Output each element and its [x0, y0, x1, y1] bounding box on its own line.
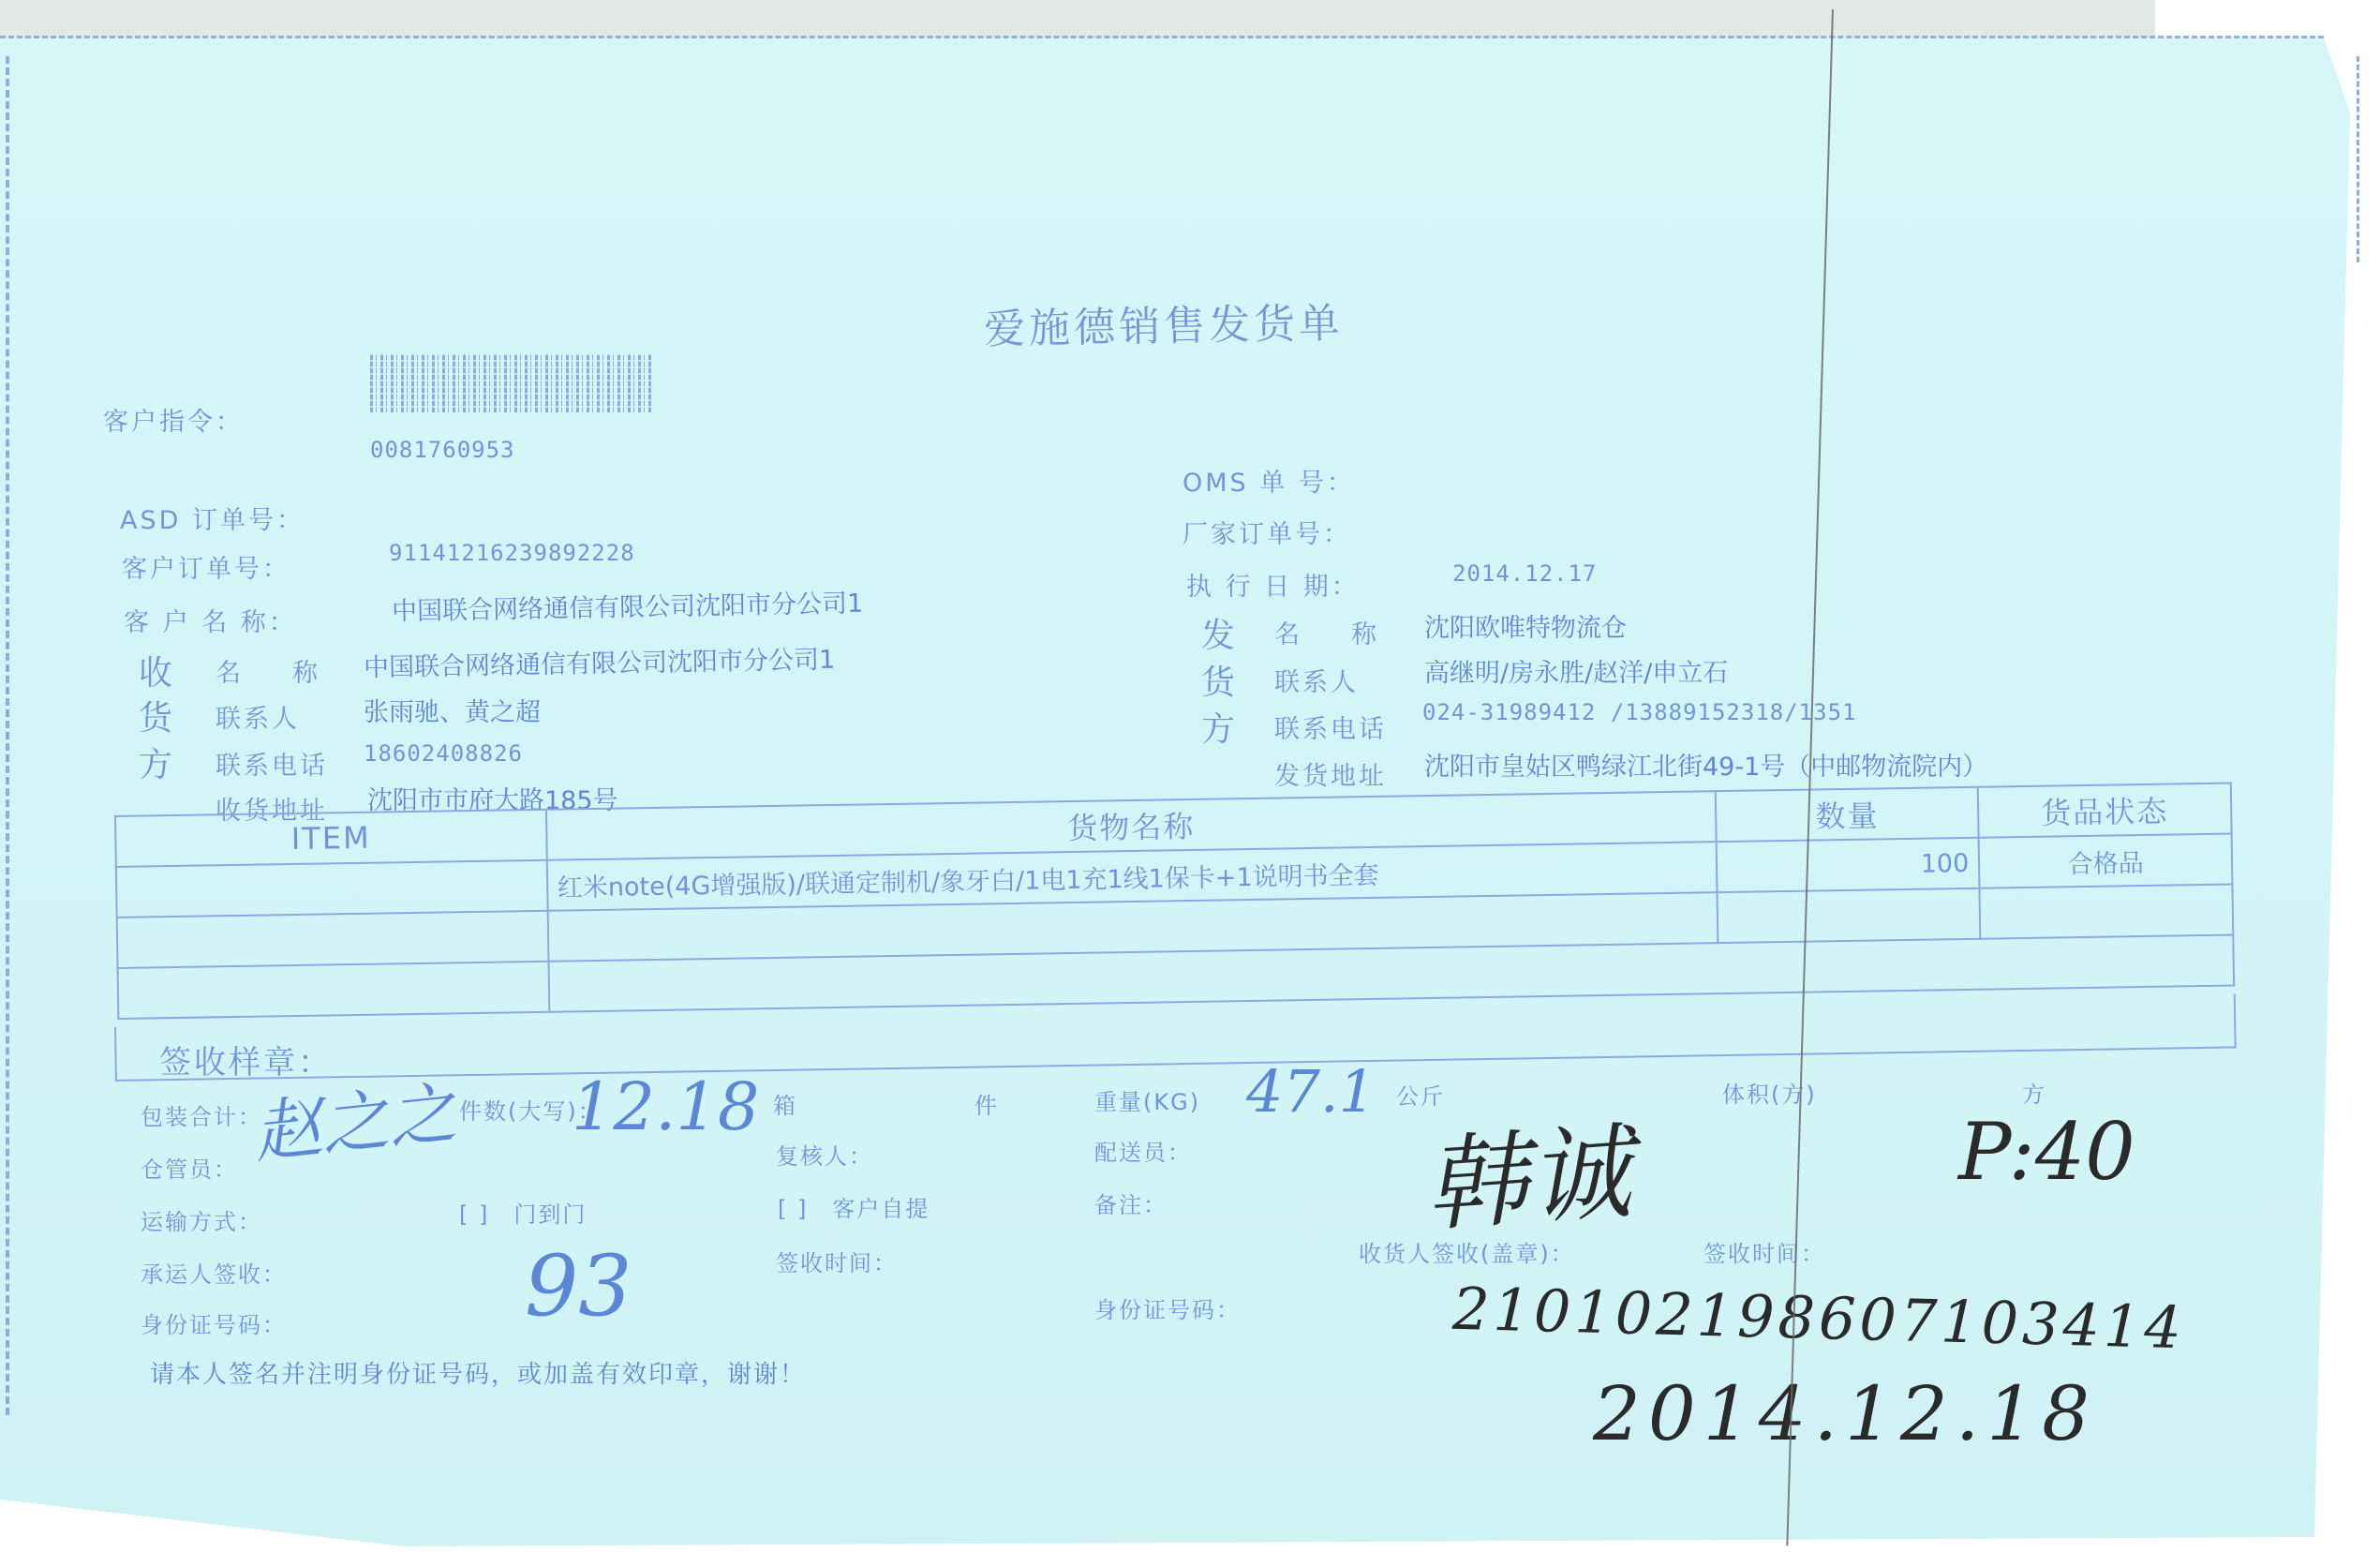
- carrier-id-label: 身份证号码：: [141, 1306, 287, 1339]
- remark-label: 备注：: [1094, 1186, 1168, 1219]
- carrier-sign-label: 承运人签收：: [141, 1256, 287, 1289]
- shipper-side-label-2: 货: [1201, 656, 1235, 704]
- customer-instruction-barcode-number: 0081760953: [370, 437, 515, 463]
- handwritten-receiver-signature: 韩诚: [1420, 1090, 1635, 1252]
- volume-label: 体积(方): [1722, 1076, 1817, 1109]
- header-goods-status: 货品状态: [1978, 783, 2232, 838]
- oms-no-label: OMS 单 号：: [1183, 462, 1355, 499]
- receiver-contact-value: 张雨驰、黄之超: [364, 692, 541, 728]
- header-item: ITEM: [115, 810, 546, 867]
- receiver-id-label: 身份证号码：: [1094, 1291, 1241, 1324]
- shipper-name-value: 沈阳欧唯特物流仓: [1424, 607, 1627, 644]
- reviewer-label: 复核人：: [776, 1138, 873, 1171]
- signature-notice: 请本人签名并注明身份证号码，或加盖有效印章，谢谢！: [150, 1355, 806, 1390]
- handwritten-carrier-signature: 93: [525, 1237, 632, 1336]
- exec-date-value: 2014.12.17: [1452, 560, 1598, 587]
- receiver-side-label-2: 货: [139, 692, 172, 739]
- receiver-side-label-1: 收: [139, 647, 172, 694]
- row-item: [117, 911, 548, 968]
- shipper-name-label: 名 称: [1274, 614, 1390, 650]
- weight-label: 重量(KG): [1094, 1083, 1200, 1116]
- shipper-side-label-3: 方: [1201, 703, 1235, 751]
- deliverer-label: 配送员：: [1094, 1134, 1192, 1167]
- row-goods-status: 合格品: [1979, 834, 2233, 888]
- handwritten-pieces-date: 12.18: [572, 1068, 759, 1145]
- shipper-phone-label: 联系电话: [1274, 709, 1387, 745]
- exec-date-label: 执 行 日 期：: [1186, 566, 1360, 603]
- handwritten-receive-date: 2014.12.18: [1593, 1370, 2097, 1457]
- transport-method-label: 运输方式：: [141, 1203, 262, 1236]
- customer-order-label: 客户订单号：: [122, 548, 290, 585]
- goods-table: ITEM 货物名称 数量 货品状态 红米note(4G增强版)/联通定制机/象牙…: [114, 783, 2235, 1020]
- row-quantity: 100: [1717, 838, 1980, 892]
- shipper-phone-value: 024-31989412 /13889152318/1351: [1422, 699, 1856, 725]
- receiver-contact-label: 联系人: [216, 698, 300, 735]
- handwritten-weight: 47.1: [1246, 1057, 1376, 1126]
- row-item: [116, 860, 547, 918]
- customer-pickup-checkbox[interactable]: [ ] 客户自提: [778, 1190, 930, 1223]
- perforation-left: [6, 56, 9, 1415]
- receiver-name-label: 名 称: [216, 652, 331, 689]
- receiver-sign-time-label: 签收时间：: [1703, 1235, 1825, 1268]
- shipper-address-label: 发货地址: [1274, 755, 1387, 792]
- shipper-contact-label: 联系人: [1274, 662, 1359, 698]
- shipper-address-value: 沈阳市皇姑区鸭绿江北街49-1号（中邮物流院内）: [1424, 746, 1987, 783]
- customer-name-label: 客 户 名 称：: [124, 602, 297, 638]
- door-to-door-checkbox[interactable]: [ ] 门到门: [459, 1196, 587, 1229]
- asd-order-label: ASD 订单号：: [120, 500, 305, 536]
- carrier-sign-time-label: 签收时间：: [776, 1245, 898, 1277]
- warehouse-keeper-label: 仓管员：: [141, 1151, 238, 1184]
- customer-instruction-label: 客户指令：: [103, 401, 244, 438]
- perforation-right: [2357, 56, 2359, 262]
- package-total-label: 包装合计：: [141, 1098, 262, 1131]
- volume-unit: 方: [2022, 1076, 2046, 1109]
- perforation-top: [0, 36, 2324, 38]
- row-goods-status: [1980, 885, 2234, 939]
- piece-label: 件: [974, 1087, 999, 1120]
- row-item: [118, 962, 549, 1019]
- receiver-side-label-3: 方: [139, 739, 172, 786]
- handwritten-p-note: P:40: [1958, 1106, 2135, 1198]
- barcode-image: [370, 354, 651, 412]
- receiver-phone-value: 18602408826: [364, 740, 523, 767]
- factory-order-label: 厂家订单号：: [1183, 514, 1351, 550]
- customer-order-value: 91141216239892228: [389, 540, 635, 566]
- shipper-contact-value: 高继明/房永胜/赵洋/申立石: [1424, 652, 1728, 689]
- document-title: 爱施德销售发货单: [983, 290, 1344, 356]
- header-quantity: 数量: [1716, 787, 1979, 842]
- row-quantity: [1718, 888, 1981, 943]
- receiver-phone-label: 联系电话: [216, 745, 328, 782]
- box-label: 箱: [773, 1087, 797, 1120]
- shipper-side-label-1: 发: [1201, 609, 1235, 657]
